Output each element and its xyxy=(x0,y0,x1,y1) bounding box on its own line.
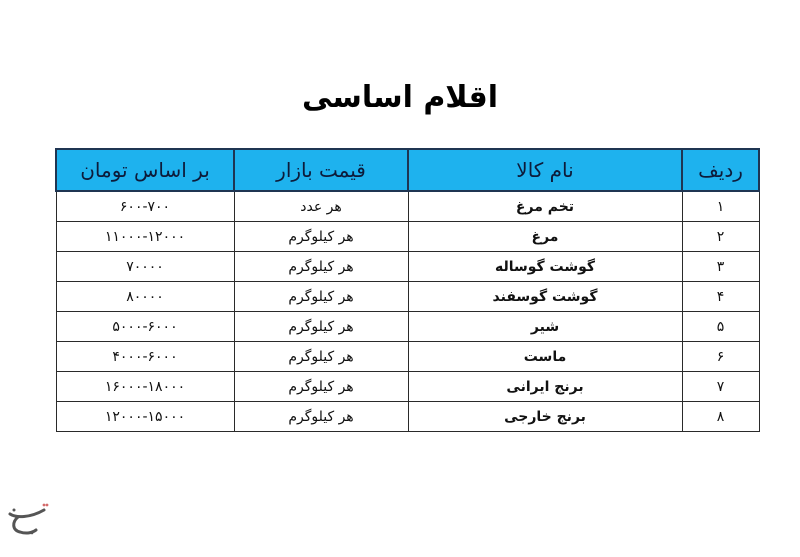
price-table: ردیف نام کالا قیمت بازار بر اساس تومان ۱… xyxy=(55,148,760,432)
table-row: ۵ شیر هر کیلوگرم ۵۰۰۰-۶۰۰۰ xyxy=(56,312,759,342)
item-name: برنج خارجی xyxy=(408,402,682,432)
item-name: برنج ایرانی xyxy=(408,372,682,402)
item-name: مرغ xyxy=(408,222,682,252)
item-price: ۱۲۰۰۰-۱۵۰۰۰ xyxy=(56,402,234,432)
row-number: ۴ xyxy=(682,282,759,312)
item-name: گوشت گوساله xyxy=(408,252,682,282)
item-name: شیر xyxy=(408,312,682,342)
table-row: ۷ برنج ایرانی هر کیلوگرم ۱۶۰۰۰-۱۸۰۰۰ xyxy=(56,372,759,402)
item-name: گوشت گوسفند xyxy=(408,282,682,312)
item-price: ۱۶۰۰۰-۱۸۰۰۰ xyxy=(56,372,234,402)
table-row: ۲ مرغ هر کیلوگرم ۱۱۰۰۰-۱۲۰۰۰ xyxy=(56,222,759,252)
item-price: ۱۱۰۰۰-۱۲۰۰۰ xyxy=(56,222,234,252)
header-market-price: قیمت بازار xyxy=(234,149,408,191)
page-title: اقلام اساسی xyxy=(0,78,800,118)
table-header-row: ردیف نام کالا قیمت بازار بر اساس تومان xyxy=(56,149,759,191)
item-unit: هر کیلوگرم xyxy=(234,402,408,432)
row-number: ۲ xyxy=(682,222,759,252)
item-price: ۷۰۰۰۰ xyxy=(56,252,234,282)
item-unit: هر کیلوگرم xyxy=(234,252,408,282)
item-name: تخم مرغ xyxy=(408,191,682,222)
row-number: ۸ xyxy=(682,402,759,432)
item-name: ماست xyxy=(408,342,682,372)
table-row: ۴ گوشت گوسفند هر کیلوگرم ۸۰۰۰۰ xyxy=(56,282,759,312)
item-unit: هر کیلوگرم xyxy=(234,342,408,372)
row-number: ۶ xyxy=(682,342,759,372)
item-price: ۸۰۰۰۰ xyxy=(56,282,234,312)
header-price-toman: بر اساس تومان xyxy=(56,149,234,191)
item-unit: هر کیلوگرم xyxy=(234,282,408,312)
row-number: ۵ xyxy=(682,312,759,342)
row-number: ۱ xyxy=(682,191,759,222)
item-price: ۴۰۰۰-۶۰۰۰ xyxy=(56,342,234,372)
item-price: ۵۰۰۰-۶۰۰۰ xyxy=(56,312,234,342)
table-row: ۸ برنج خارجی هر کیلوگرم ۱۲۰۰۰-۱۵۰۰۰ xyxy=(56,402,759,432)
header-item-name: نام کالا xyxy=(408,149,682,191)
table-row: ۶ ماست هر کیلوگرم ۴۰۰۰-۶۰۰۰ xyxy=(56,342,759,372)
table-row: ۱ تخم مرغ هر عدد ۶۰۰-۷۰۰ xyxy=(56,191,759,222)
row-number: ۳ xyxy=(682,252,759,282)
item-price: ۶۰۰-۷۰۰ xyxy=(56,191,234,222)
item-unit: هر عدد xyxy=(234,191,408,222)
item-unit: هر کیلوگرم xyxy=(234,312,408,342)
item-unit: هر کیلوگرم xyxy=(234,372,408,402)
header-row-number: ردیف xyxy=(682,149,759,191)
item-unit: هر کیلوگرم xyxy=(234,222,408,252)
row-number: ۷ xyxy=(682,372,759,402)
table-row: ۳ گوشت گوساله هر کیلوگرم ۷۰۰۰۰ xyxy=(56,252,759,282)
tasnim-logo-icon xyxy=(6,500,50,540)
